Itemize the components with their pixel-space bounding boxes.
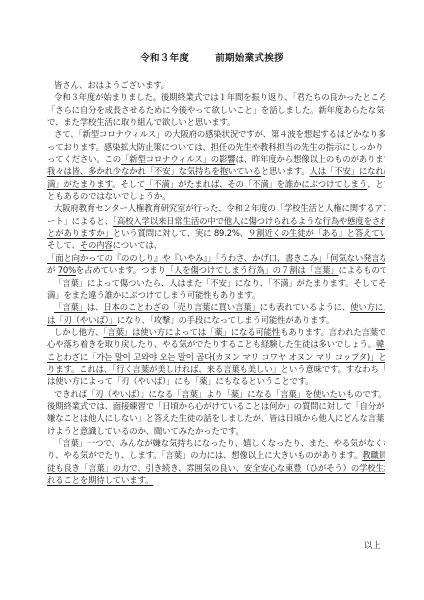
text-line: ート」によると、「高校入学以来日常生活の中で他人に傷つけられるような行為や態度を… bbox=[47, 215, 385, 227]
text-segment: が bbox=[47, 265, 58, 275]
text-segment: できれば bbox=[54, 389, 87, 399]
text-line: で、また学校生活に取り組んで欲しいと思います。 bbox=[47, 116, 385, 128]
text-segment: 「さらに自分を成長させるために今後やって欲しいこと」を話しました。新年度あらたな… bbox=[47, 105, 385, 115]
text-segment: 心や落ち着きを取り戻したり、やる気がでたりすることも経験した生徒は多いでしょう。 bbox=[47, 339, 376, 349]
text-segment: は、昨年度から想像以上のものがありますが、 bbox=[235, 154, 385, 164]
underlined-text: 「面と向かっての『ののしり』や『いやみ』」「うわさ、かげ口、書きこみ」「何気ない… bbox=[47, 253, 385, 263]
text-segment: にも表れているように、 bbox=[260, 302, 350, 312]
text-segment: は使い方によって「刃（やいば）」にも「薬」にもなるということです。 bbox=[47, 376, 314, 386]
text-line: 満」がたまります。そして「不満」がたまれば、その「不満」を誰かにぶつけてしまう、… bbox=[47, 178, 385, 190]
text-line: 後期終業式では、面接練習で「日頃から心がけていることは何か」の質問に対して「自分… bbox=[47, 400, 385, 412]
text-segment: という意味です。すなわち「言葉」 bbox=[281, 364, 385, 374]
text-segment: さて、「新型コロナウィルス」の大阪府の感染状況ですが、第４波を想起するほどかなり… bbox=[54, 129, 385, 139]
text-segment: 嫌なことは他人にしない」と答えた生徒の話をしましたが、皆は日頃から他人にどんな言… bbox=[47, 413, 385, 423]
text-line: そして、その内容については、 bbox=[47, 239, 385, 251]
text-segment: り、やる気がでたり、します。「言葉」の力には、想像以上に大きいものがあります。 bbox=[47, 450, 362, 460]
text-segment: そして、 bbox=[47, 240, 80, 250]
title-event: 前期始業式挨拶 bbox=[215, 53, 284, 64]
text-segment: によるものです。 bbox=[338, 265, 385, 275]
text-line: 皆さん、おはようございます。 bbox=[47, 79, 385, 91]
text-line: さて、「新型コロナウィルス」の大阪府の感染状況ですが、第４波を想起するほどかなり… bbox=[47, 128, 385, 140]
text-segment: 令和３年度が始まりました。後期終業式では１年間を振り返り、「君たちの良かったとこ… bbox=[54, 92, 385, 102]
text-segment: ート」によると、 bbox=[47, 216, 113, 226]
text-line: ともあるのではないでしょうか。 bbox=[47, 190, 385, 202]
text-line: ります。これは、「行く言葉が美しければ、来る言葉も美しい」という意味です。すなわ… bbox=[47, 363, 385, 375]
title-year: 令和３年度 bbox=[140, 53, 189, 64]
text-segment: を占めています。つまり bbox=[76, 265, 166, 275]
underlined-text: 日本のことわざの「売り言葉に買い言葉」 bbox=[103, 302, 259, 312]
underlined-text: 徒も良き「言葉」の力で、引き続き、雰囲気の良い、安全安心な東豊（ひがそう）の学校… bbox=[47, 463, 385, 473]
underlined-text: 「不満」がたまれば、その「不満」を誰かにぶつけてしまう bbox=[145, 179, 367, 189]
text-line: 満」をまた違う誰かにぶつけてしまう可能性もあります。 bbox=[47, 289, 385, 301]
text-line: できれば「刃（やいば）」になる「言葉」より「薬」になる「言葉」を使いたいものです… bbox=[47, 388, 385, 400]
underlined-text: 人は「不安」になれば「不 bbox=[310, 166, 385, 176]
underlined-text: ９割近くの生徒が「ある」と答えています bbox=[248, 228, 385, 238]
text-line: 「言葉」は、日本のことわざの「売り言葉に買い言葉」にも表れているように、使い方に… bbox=[47, 301, 385, 313]
text-segment: しかし他方、 bbox=[54, 327, 103, 337]
underlined-text: 「新型コロナウィルス」の影響 bbox=[121, 154, 235, 164]
text-line: は「刃（やいば）」になり、「攻撃」の手段になってしまう可能性があります。 bbox=[47, 314, 385, 326]
underlined-text: 教職員も生 bbox=[362, 450, 385, 460]
text-line: っております。感染拡大防止策については、担任の先生や教科担当の先生の指示にしっか… bbox=[47, 141, 385, 153]
text-line: ってください。この「新型コロナウィルス」の影響は、昨年度から想像以上のものがあり… bbox=[47, 153, 385, 165]
text-segment: 皆さん、おはようございます。 bbox=[54, 80, 169, 90]
text-line: 「言葉」によって傷ついたら、人はまた「不安」になり、「不満」がたまります。そして… bbox=[47, 277, 385, 289]
underlined-text: 使い方によって bbox=[350, 302, 385, 312]
underlined-text: 満」がたまります bbox=[47, 179, 112, 189]
document-page: 令和３年度前期始業式挨拶 皆さん、おはようございます。令和３年度が始まりました。… bbox=[0, 0, 424, 600]
underlined-text: ります。これは、「行く言葉が美しければ、来る言葉も美しい」 bbox=[47, 364, 281, 374]
text-segment: 満」をまた違う誰かにぶつけてしまう可能性もあります。 bbox=[47, 290, 260, 300]
text-line: けようと意識しているのか、聞いてみたかったです。 bbox=[47, 425, 385, 437]
text-line: が 70%を占めています。つまり「人を傷つけてしまう行為」の７割は「言葉」による… bbox=[47, 264, 385, 276]
text-line: ことわざに「가는 말이 고와야 오는 말이 곱다(カヌン マリ コワヤ オヌン … bbox=[47, 351, 385, 363]
underlined-text: 「高校入学以来日常生活の中で他人に傷つけられるような行為や態度をされたこ bbox=[113, 216, 385, 226]
underlined-text: れることを期待しています。 bbox=[47, 475, 153, 485]
closing-mark: 以上 bbox=[364, 539, 381, 551]
text-segment: については、 bbox=[113, 240, 162, 250]
text-line: り、やる気がでたり、します。「言葉」の力には、想像以上に大きいものがあります。教… bbox=[47, 449, 385, 461]
text-line: 大阪府教育センター人権教育研究室が行った、令和２年度の「学校生活と人権に関するア… bbox=[47, 202, 385, 214]
text-line: 「面と向かっての『ののしり』や『いやみ』」「うわさ、かげ口、書きこみ」「何気ない… bbox=[47, 252, 385, 264]
text-line: しかし他方、「言葉」は使い方によっては「薬」になる可能性もあります。言われた言葉… bbox=[47, 326, 385, 338]
text-line: 我々は皆、多かれ少なかれ「不安」な気持ちを抱いていると思います。人は「不安」にな… bbox=[47, 165, 385, 177]
text-segment: ものです。 bbox=[346, 389, 385, 399]
underlined-text: 韓国の bbox=[376, 339, 385, 349]
text-segment: 、ということ bbox=[367, 179, 385, 189]
text-line: 嫌なことは他人にしない」と答えた生徒の話をしましたが、皆は日頃から他人にどんな言… bbox=[47, 412, 385, 424]
underlined-text: 「刃（やいば）」になる「言葉」より「薬」になる「言葉」を使いたい bbox=[87, 389, 346, 399]
underlined-text: は「刃（やいば）」 bbox=[47, 315, 117, 325]
underlined-text: 70% bbox=[58, 265, 76, 275]
document-body: 皆さん、おはようございます。令和３年度が始まりました。後期終業式では１年間を振り… bbox=[47, 79, 385, 486]
underlined-text: 「言葉」は使い方によっては「薬」になる可能性 bbox=[103, 327, 280, 337]
text-segment: けようと意識しているのか、聞いてみたかったです。 bbox=[47, 426, 244, 436]
text-line: 「さらに自分を成長させるために今後やって欲しいこと」を話しました。新年度あらたな… bbox=[47, 104, 385, 116]
text-line: は使い方によって「刃（やいば）」にも「薬」にもなるということです。 bbox=[47, 375, 385, 387]
text-segment: もあります。言われた言葉で、安 bbox=[280, 327, 385, 337]
text-line: れることを期待しています。 bbox=[47, 474, 385, 486]
text-segment: と思います。 bbox=[261, 166, 310, 176]
text-line: 「言葉」一つで、みんなが嫌な気持ちになったり、嬉しくなったり、また、やる気がなく… bbox=[47, 437, 385, 449]
underlined-text: その内容 bbox=[80, 240, 113, 250]
text-segment: 大阪府教育センター人権教育研究室が行った、令和２年度の「学校生活と人権に関するア… bbox=[54, 203, 385, 213]
text-segment: ってください。この bbox=[47, 154, 121, 164]
underlined-text: 「人を傷つけてしまう行為」の７割は「言葉」 bbox=[166, 265, 339, 275]
text-line: 令和３年度が始まりました。後期終業式では１年間を振り返り、「君たちの良かったとこ… bbox=[47, 91, 385, 103]
text-segment: になり、「攻撃」の手段になってしまう可能性があります。 bbox=[117, 315, 334, 325]
text-segment: で、また学校生活に取り組んで欲しいと思います。 bbox=[47, 117, 235, 127]
text-segment: 「言葉」一つで、みんなが嫌な気持ちになったり、嬉しくなったり、また、やる気がなく… bbox=[54, 438, 385, 448]
text-segment: という質問に対して、実に 89.2%、 bbox=[113, 228, 248, 238]
text-segment: 「言葉」によって傷ついたら、人はまた「不安」になり、「不満」がたまります。そして… bbox=[54, 278, 385, 288]
document-title: 令和３年度前期始業式挨拶 bbox=[0, 50, 424, 64]
underlined-text: 我々は皆、多かれ少なかれ「不安」な気持ちを抱いている bbox=[47, 166, 261, 176]
text-line: 心や落ち着きを取り戻したり、やる気がでたりすることも経験した生徒は多いでしょう。… bbox=[47, 338, 385, 350]
text-segment: っております。感染拡大防止策については、担任の先生や教科担当の先生の指示にしっか… bbox=[47, 142, 385, 152]
text-segment: 後期終業式では、面接練習で「日頃から心がけていることは何か」の質問に対して「自分… bbox=[47, 401, 385, 411]
text-line: とがありますか」という質問に対して、実に 89.2%、９割近くの生徒が「ある」と… bbox=[47, 227, 385, 239]
underlined-text: 「言葉」 bbox=[54, 302, 87, 312]
text-segment: ともあるのではないでしょうか。 bbox=[47, 191, 170, 201]
underlined-text: ことわざに「가는 말이 고와야 오는 말이 곱다(カヌン マリ コワヤ オヌン … bbox=[47, 352, 385, 362]
text-segment: は、 bbox=[87, 302, 103, 312]
text-segment: 。そして bbox=[112, 179, 145, 189]
underlined-text: とがありますか」 bbox=[47, 228, 113, 238]
text-line: 徒も良き「言葉」の力で、引き続き、雰囲気の良い、安全安心な東豊（ひがそう）の学校… bbox=[47, 462, 385, 474]
